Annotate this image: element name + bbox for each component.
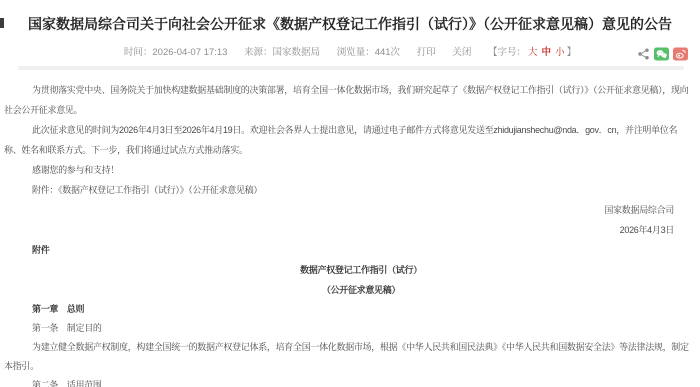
meta-source: 来源：国家数据局 bbox=[244, 47, 320, 58]
share-bar bbox=[637, 46, 688, 61]
article-1-heading: 第一条 制定目的 bbox=[4, 319, 690, 338]
share-icon[interactable] bbox=[637, 47, 650, 61]
article-1-body: 为建立健全数据产权制度，构建全国统一的数据产权登记体系，培育全国一体化数据市场，… bbox=[4, 338, 690, 376]
paragraph-thanks: 感谢您的参与和支持！ bbox=[4, 160, 690, 180]
wechat-icon[interactable] bbox=[654, 47, 669, 61]
close-button[interactable]: 关闭 bbox=[452, 47, 471, 58]
fontsize-medium-button[interactable]: 中 bbox=[542, 47, 552, 58]
fontsize-label: 【字号： bbox=[488, 47, 526, 58]
fontsize-label-end: 】 bbox=[567, 47, 577, 58]
fontsize-control: 【字号：大中小】 bbox=[488, 47, 576, 58]
chapter-1-heading: 第一章 总则 bbox=[4, 300, 690, 319]
signature-org: 国家数据局综合司 bbox=[4, 200, 690, 220]
attachment-section-label: 附件 bbox=[4, 240, 690, 260]
article-meta-bar: 时间：2026-04-07 17:13 来源：国家数据局 浏览量：441次 打印… bbox=[0, 45, 700, 60]
article-body: 为贯彻落实党中央、国务院关于加快构建数据基础制度的决策部署，培育全国一体化数据市… bbox=[4, 80, 690, 387]
fontsize-small-button[interactable]: 小 bbox=[555, 47, 565, 58]
attachment-doc-subtitle: （公开征求意见稿） bbox=[4, 280, 690, 300]
paragraph-intro: 为贯彻落实党中央、国务院关于加快构建数据基础制度的决策部署，培育全国一体化数据市… bbox=[4, 80, 690, 120]
signature-date: 2026年4月3日 bbox=[4, 220, 690, 240]
attachment-doc-body: 第一章 总则 第一条 制定目的 为建立健全数据产权制度，构建全国统一的数据产权登… bbox=[4, 300, 690, 387]
fontsize-large-button[interactable]: 大 bbox=[528, 47, 538, 58]
attachment-doc-title: 数据产权登记工作指引（试行） bbox=[4, 260, 690, 280]
article-header: 国家数据局综合司关于向社会公开征求《数据产权登记工作指引（试行）》（公开征求意见… bbox=[0, 0, 700, 60]
paragraph-feedback-period: 此次征求意见的时间为2026年4月3日至2026年4月19日。欢迎社会各界人士提… bbox=[4, 120, 690, 160]
meta-views: 浏览量：441次 bbox=[337, 47, 400, 58]
attachment-reference-line: 附件：《数据产权登记工作指引（试行）》（公开征求意见稿） bbox=[4, 180, 690, 200]
meta-time: 时间：2026-04-07 17:13 bbox=[124, 47, 228, 58]
article-2-heading: 第二条 适用范围 bbox=[4, 376, 690, 387]
weibo-icon[interactable] bbox=[673, 47, 688, 61]
print-button[interactable]: 打印 bbox=[417, 47, 436, 58]
header-divider bbox=[18, 66, 684, 70]
page-title: 国家数据局综合司关于向社会公开征求《数据产权登记工作指引（试行）》（公开征求意见… bbox=[0, 12, 700, 36]
